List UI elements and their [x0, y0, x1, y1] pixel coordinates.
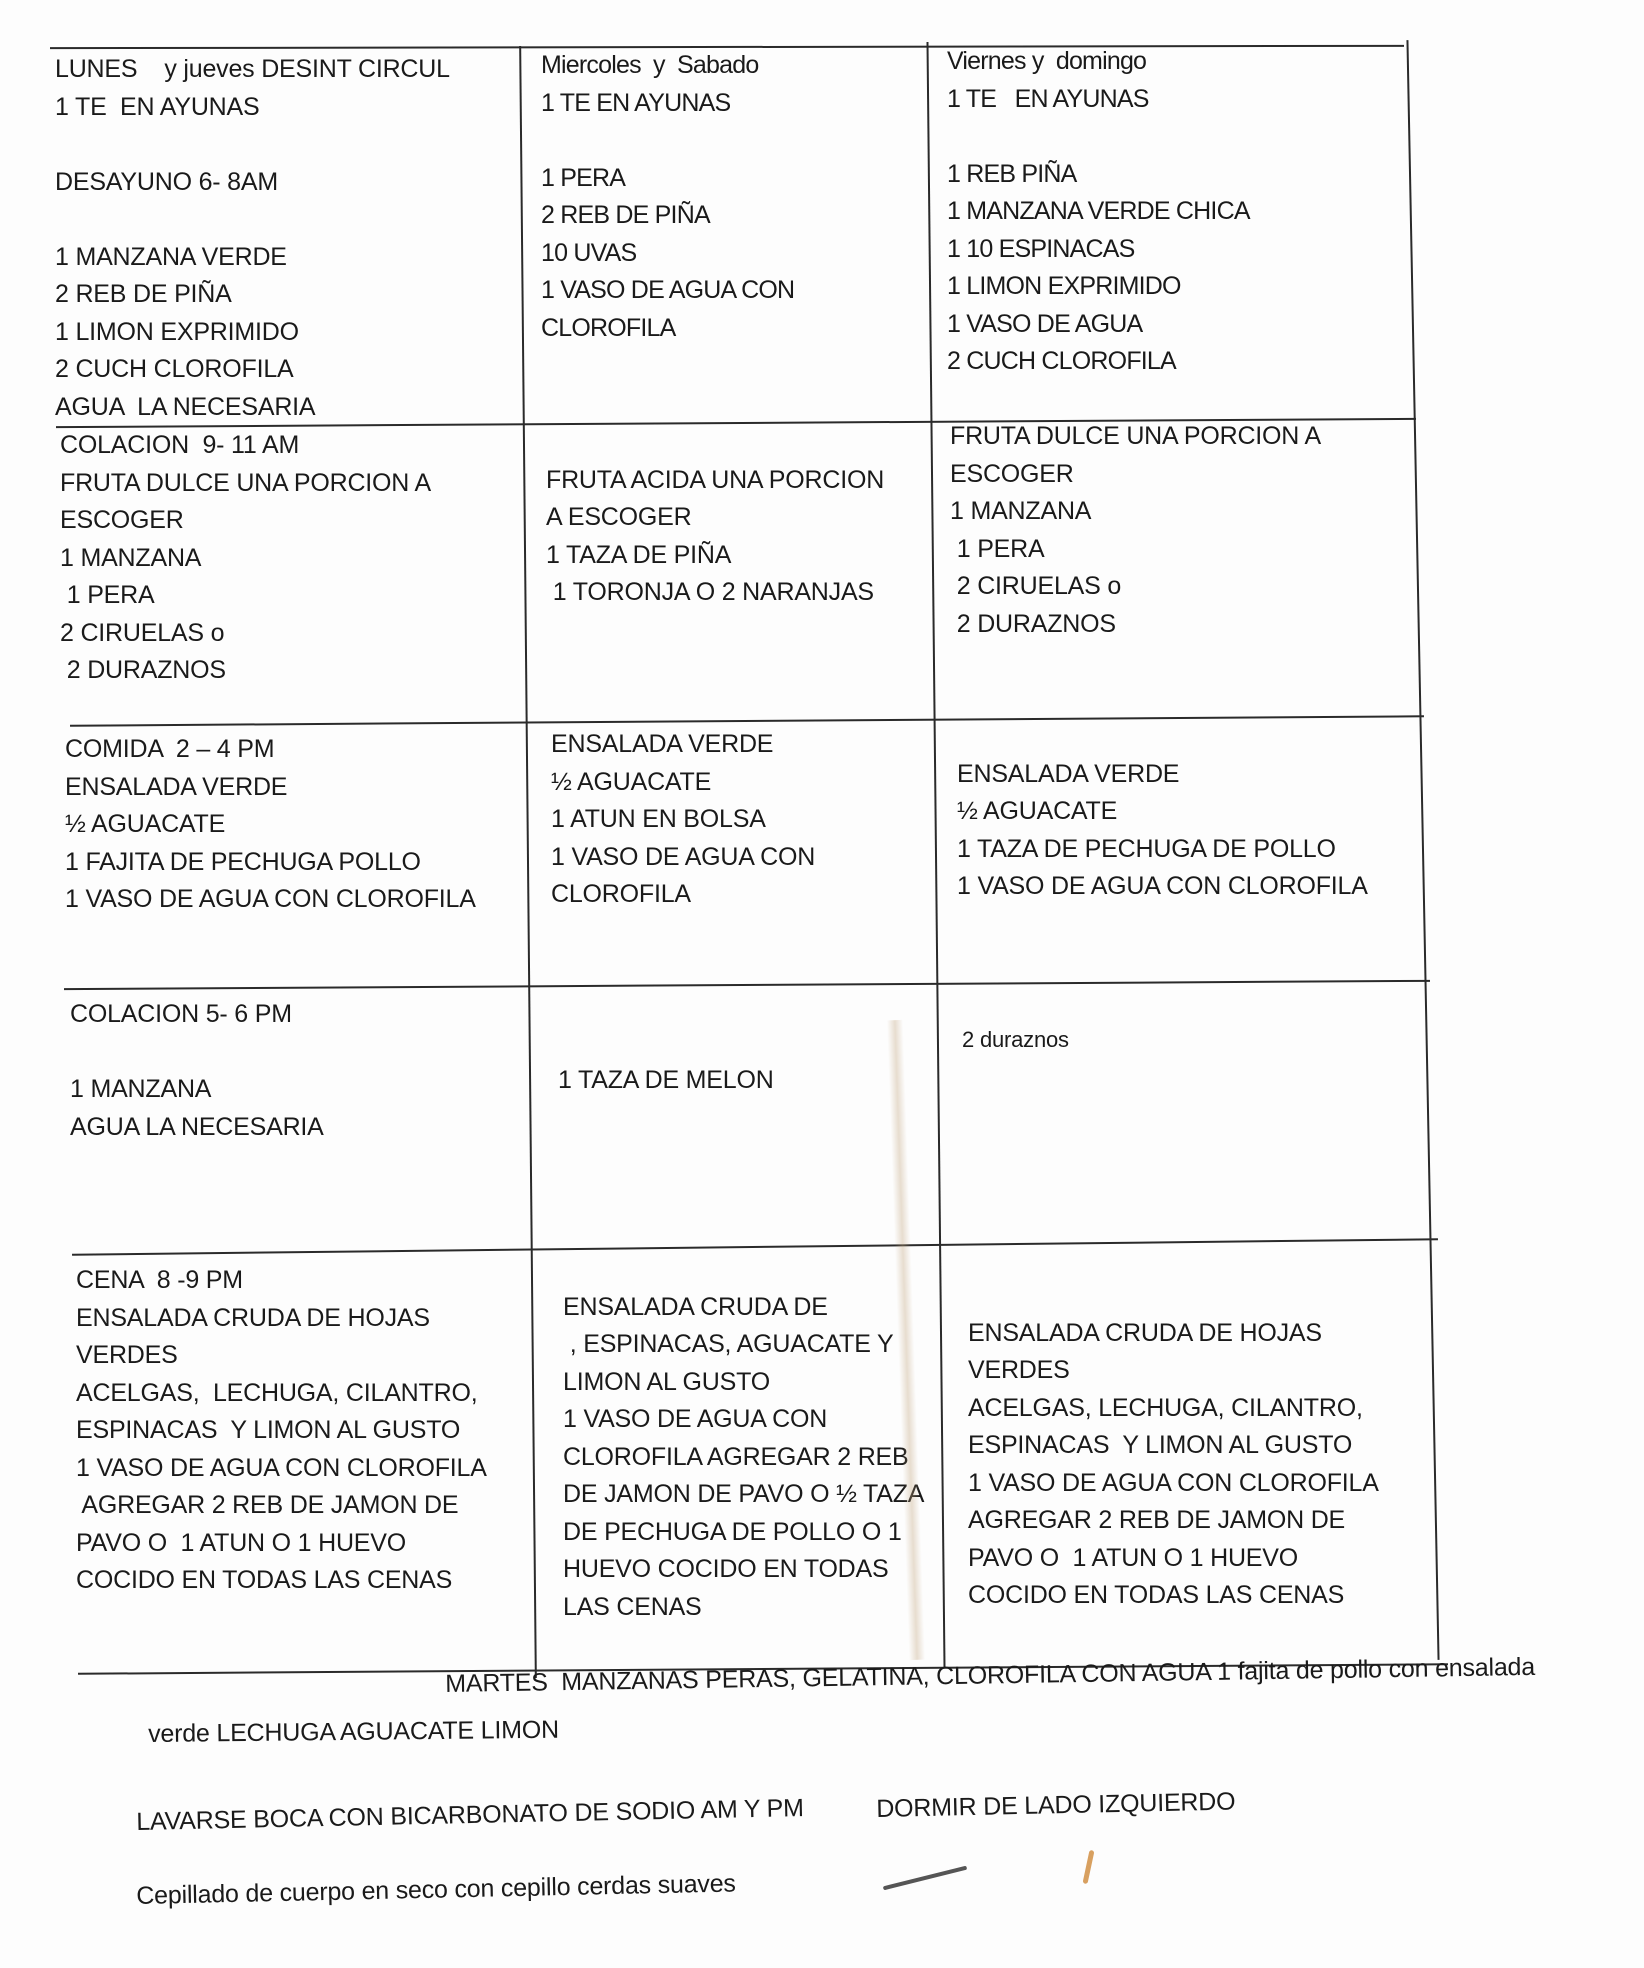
cell-line: 1 PERA — [950, 531, 1321, 569]
cell-line: 1 TAZA DE PIÑA — [546, 537, 884, 575]
cell-lunes-cena: CENA 8 -9 PMENSALADA CRUDA DE HOJASVERDE… — [76, 1262, 487, 1600]
cell-line: ENSALADA CRUDA DE HOJAS — [968, 1315, 1379, 1353]
cell-line — [55, 126, 450, 164]
cell-line: 2 CUCH CLOROFILA — [55, 351, 450, 389]
cell-line: COCIDO EN TODAS LAS CENAS — [76, 1562, 487, 1600]
cell-line: CLOROFILA AGREGAR 2 REB — [563, 1439, 924, 1477]
cell-viernes-colacion-am: FRUTA DULCE UNA PORCION AESCOGER1 MANZAN… — [950, 418, 1321, 643]
cell-line: PAVO O 1 ATUN O 1 HUEVO — [968, 1540, 1379, 1578]
cell-line: FRUTA DULCE UNA PORCION A — [60, 465, 431, 503]
cell-line: 10 UVAS — [541, 235, 794, 273]
cell-line: 1 VASO DE AGUA CON CLOROFILA — [65, 881, 476, 919]
cell-line: AGUA LA NECESARIA — [70, 1109, 324, 1147]
cell-line: ESPINACAS Y LIMON AL GUSTO — [968, 1427, 1379, 1465]
cell-line: LIMON AL GUSTO — [563, 1364, 924, 1402]
cell-line: ESCOGER — [950, 456, 1321, 494]
cell-line: LUNES y jueves DESINT CIRCUL — [55, 51, 450, 89]
cell-line: ESPINACAS Y LIMON AL GUSTO — [76, 1412, 487, 1450]
cell-line — [55, 201, 450, 239]
cell-line: 2 DURAZNOS — [950, 606, 1321, 644]
note-dry-brushing: Cepillado de cuerpo en seco con cepillo … — [136, 1869, 736, 1911]
cell-line: 1 TAZA DE PECHUGA DE POLLO — [957, 831, 1368, 869]
cell-line: ENSALADA CRUDA DE HOJAS — [76, 1300, 487, 1338]
cell-line: , ESPINACAS, AGUACATE Y — [563, 1326, 924, 1364]
cell-line: 1 VASO DE AGUA CON — [563, 1401, 924, 1439]
cell-line — [558, 1024, 774, 1062]
cell-miercoles-colacion-am: FRUTA ACIDA UNA PORCIONA ESCOGER1 TAZA D… — [546, 424, 884, 612]
cell-line: 1 LIMON EXPRIMIDO — [55, 314, 450, 352]
cell-line: 1 FAJITA DE PECHUGA POLLO — [65, 844, 476, 882]
cell-line — [546, 424, 884, 462]
cell-line: 2 REB DE PIÑA — [55, 276, 450, 314]
note-martes-line2: verde LECHUGA AGUACATE LIMON — [148, 1716, 559, 1749]
cell-line: 1 PERA — [541, 160, 794, 198]
note-sleep-side: DORMIR DE LADO IZQUIERDO — [876, 1787, 1236, 1824]
cell-line: CLOROFILA — [541, 310, 794, 348]
cell-line: ENSALADA CRUDA DE — [563, 1289, 924, 1327]
cell-line: 1 VASO DE AGUA CON CLOROFILA — [76, 1450, 487, 1488]
cell-line: ESCOGER — [60, 502, 431, 540]
cell-line: 2 REB DE PIÑA — [541, 197, 794, 235]
row-divider-3 — [64, 980, 1430, 990]
cell-line — [968, 1277, 1379, 1315]
cell-line: 1 TORONJA O 2 NARANJAS — [546, 574, 884, 612]
cell-line: VERDES — [968, 1352, 1379, 1390]
cell-line: 1 MANZANA — [60, 540, 431, 578]
cell-line: 1 MANZANA — [70, 1071, 324, 1109]
cell-lunes-colacion-am: COLACION 9- 11 AMFRUTA DULCE UNA PORCION… — [60, 427, 431, 690]
cell-line: 1 LIMON EXPRIMIDO — [947, 268, 1250, 306]
cell-line: 1 VASO DE AGUA CON CLOROFILA — [957, 868, 1368, 906]
cell-line: ENSALADA VERDE — [551, 726, 815, 764]
cell-line: DE JAMON DE PAVO O ½ TAZA — [563, 1476, 924, 1514]
cell-line: FRUTA ACIDA UNA PORCION — [546, 462, 884, 500]
cell-line: ½ AGUACATE — [65, 806, 476, 844]
cell-line: 1 PERA — [60, 577, 431, 615]
cell-line: 1 TE EN AYUNAS — [55, 89, 450, 127]
cell-line: 1 VASO DE AGUA — [947, 306, 1250, 344]
cell-lunes-colacion-pm: COLACION 5- 6 PM1 MANZANAAGUA LA NECESAR… — [70, 996, 324, 1146]
cell-line: LAS CENAS — [563, 1589, 924, 1627]
cell-line: 2 CUCH CLOROFILA — [947, 343, 1250, 381]
column-divider-2 — [926, 42, 945, 1668]
cell-line — [541, 122, 794, 160]
cell-line: 2 CIRUELAS o — [60, 615, 431, 653]
cell-line: COLACION 9- 11 AM — [60, 427, 431, 465]
cell-line: FRUTA DULCE UNA PORCION A — [950, 418, 1321, 456]
cell-line: 1 ATUN EN BOLSA — [551, 801, 815, 839]
table-right-border — [1406, 40, 1439, 1660]
cell-miercoles-comida: ENSALADA VERDE½ AGUACATE1 ATUN EN BOLSA1… — [551, 726, 815, 914]
cell-viernes-colacion-pm: 2 duraznos — [962, 1021, 1069, 1059]
cell-line: ENSALADA VERDE — [65, 769, 476, 807]
cell-line: COMIDA 2 – 4 PM — [65, 731, 476, 769]
cell-miercoles-cena: ENSALADA CRUDA DE , ESPINACAS, AGUACATE … — [563, 1251, 924, 1626]
cell-line: Viernes y domingo — [947, 43, 1250, 81]
note-mouth-wash: LAVARSE BOCA CON BICARBONATO DE SODIO AM… — [136, 1794, 804, 1837]
cell-lunes-desayuno: LUNES y jueves DESINT CIRCUL1 TE EN AYUN… — [55, 51, 450, 426]
cell-line: 1 TE EN AYUNAS — [947, 81, 1250, 119]
cell-line: 1 VASO DE AGUA CON CLOROFILA — [968, 1465, 1379, 1503]
cell-line: 1 VASO DE AGUA CON — [551, 839, 815, 877]
cell-line: A ESCOGER — [546, 499, 884, 537]
cell-line: AGUA LA NECESARIA — [55, 389, 450, 427]
cell-line: 1 10 ESPINACAS — [947, 231, 1250, 269]
cell-line: 1 MANZANA VERDE CHICA — [947, 193, 1250, 231]
cell-line: 1 TAZA DE MELON — [558, 1062, 774, 1100]
cell-line: AGREGAR 2 REB DE JAMON DE — [968, 1502, 1379, 1540]
cell-line: 1 MANZANA VERDE — [55, 239, 450, 277]
cell-line: COCIDO EN TODAS LAS CENAS — [968, 1577, 1379, 1615]
cell-line: AGREGAR 2 REB DE JAMON DE — [76, 1487, 487, 1525]
cell-line: PAVO O 1 ATUN O 1 HUEVO — [76, 1525, 487, 1563]
cell-line: 1 REB PIÑA — [947, 156, 1250, 194]
cell-line: 2 DURAZNOS — [60, 652, 431, 690]
cell-line — [70, 1034, 324, 1072]
cell-line: 1 VASO DE AGUA CON — [541, 272, 794, 310]
cell-line: ½ AGUACATE — [957, 793, 1368, 831]
cell-line — [563, 1251, 924, 1289]
cell-line: 1 MANZANA — [950, 493, 1321, 531]
cell-viernes-desayuno: Viernes y domingo1 TE EN AYUNAS1 REB PIÑ… — [947, 43, 1250, 381]
cell-viernes-comida: ENSALADA VERDE½ AGUACATE1 TAZA DE PECHUG… — [957, 718, 1368, 906]
cell-lunes-comida: COMIDA 2 – 4 PMENSALADA VERDE½ AGUACATE1… — [65, 731, 476, 919]
cell-line — [957, 718, 1368, 756]
cell-line — [947, 118, 1250, 156]
cell-line: COLACION 5- 6 PM — [70, 996, 324, 1034]
cell-line: CLOROFILA — [551, 876, 815, 914]
cell-line: 2 duraznos — [962, 1021, 1069, 1059]
orange-mark — [1083, 1850, 1095, 1884]
cell-line: ACELGAS, LECHUGA, CILANTRO, — [968, 1390, 1379, 1428]
cell-line: ACELGAS, LECHUGA, CILANTRO, — [76, 1375, 487, 1413]
column-divider-1 — [519, 46, 537, 1678]
cell-line: ½ AGUACATE — [551, 764, 815, 802]
cell-line: VERDES — [76, 1337, 487, 1375]
cell-miercoles-desayuno: Miercoles y Sabado1 TE EN AYUNAS1 PERA2 … — [541, 47, 794, 347]
cell-line: 2 CIRUELAS o — [950, 568, 1321, 606]
cell-viernes-cena: ENSALADA CRUDA DE HOJASVERDESACELGAS, LE… — [968, 1277, 1379, 1615]
cell-line: Miercoles y Sabado — [541, 47, 794, 85]
pencil-mark — [883, 1866, 967, 1891]
cell-line: ENSALADA VERDE — [957, 756, 1368, 794]
cell-miercoles-colacion-pm: 1 TAZA DE MELON — [558, 1024, 774, 1099]
note-martes-line1: MARTES MANZANAS PERAS, GELATINA, CLOROFI… — [445, 1653, 1535, 1699]
cell-line: 1 TE EN AYUNAS — [541, 85, 794, 123]
cell-line: DE PECHUGA DE POLLO O 1 — [563, 1514, 924, 1552]
cell-line: HUEVO COCIDO EN TODAS — [563, 1551, 924, 1589]
cell-line: CENA 8 -9 PM — [76, 1262, 487, 1300]
cell-line: DESAYUNO 6- 8AM — [55, 164, 450, 202]
